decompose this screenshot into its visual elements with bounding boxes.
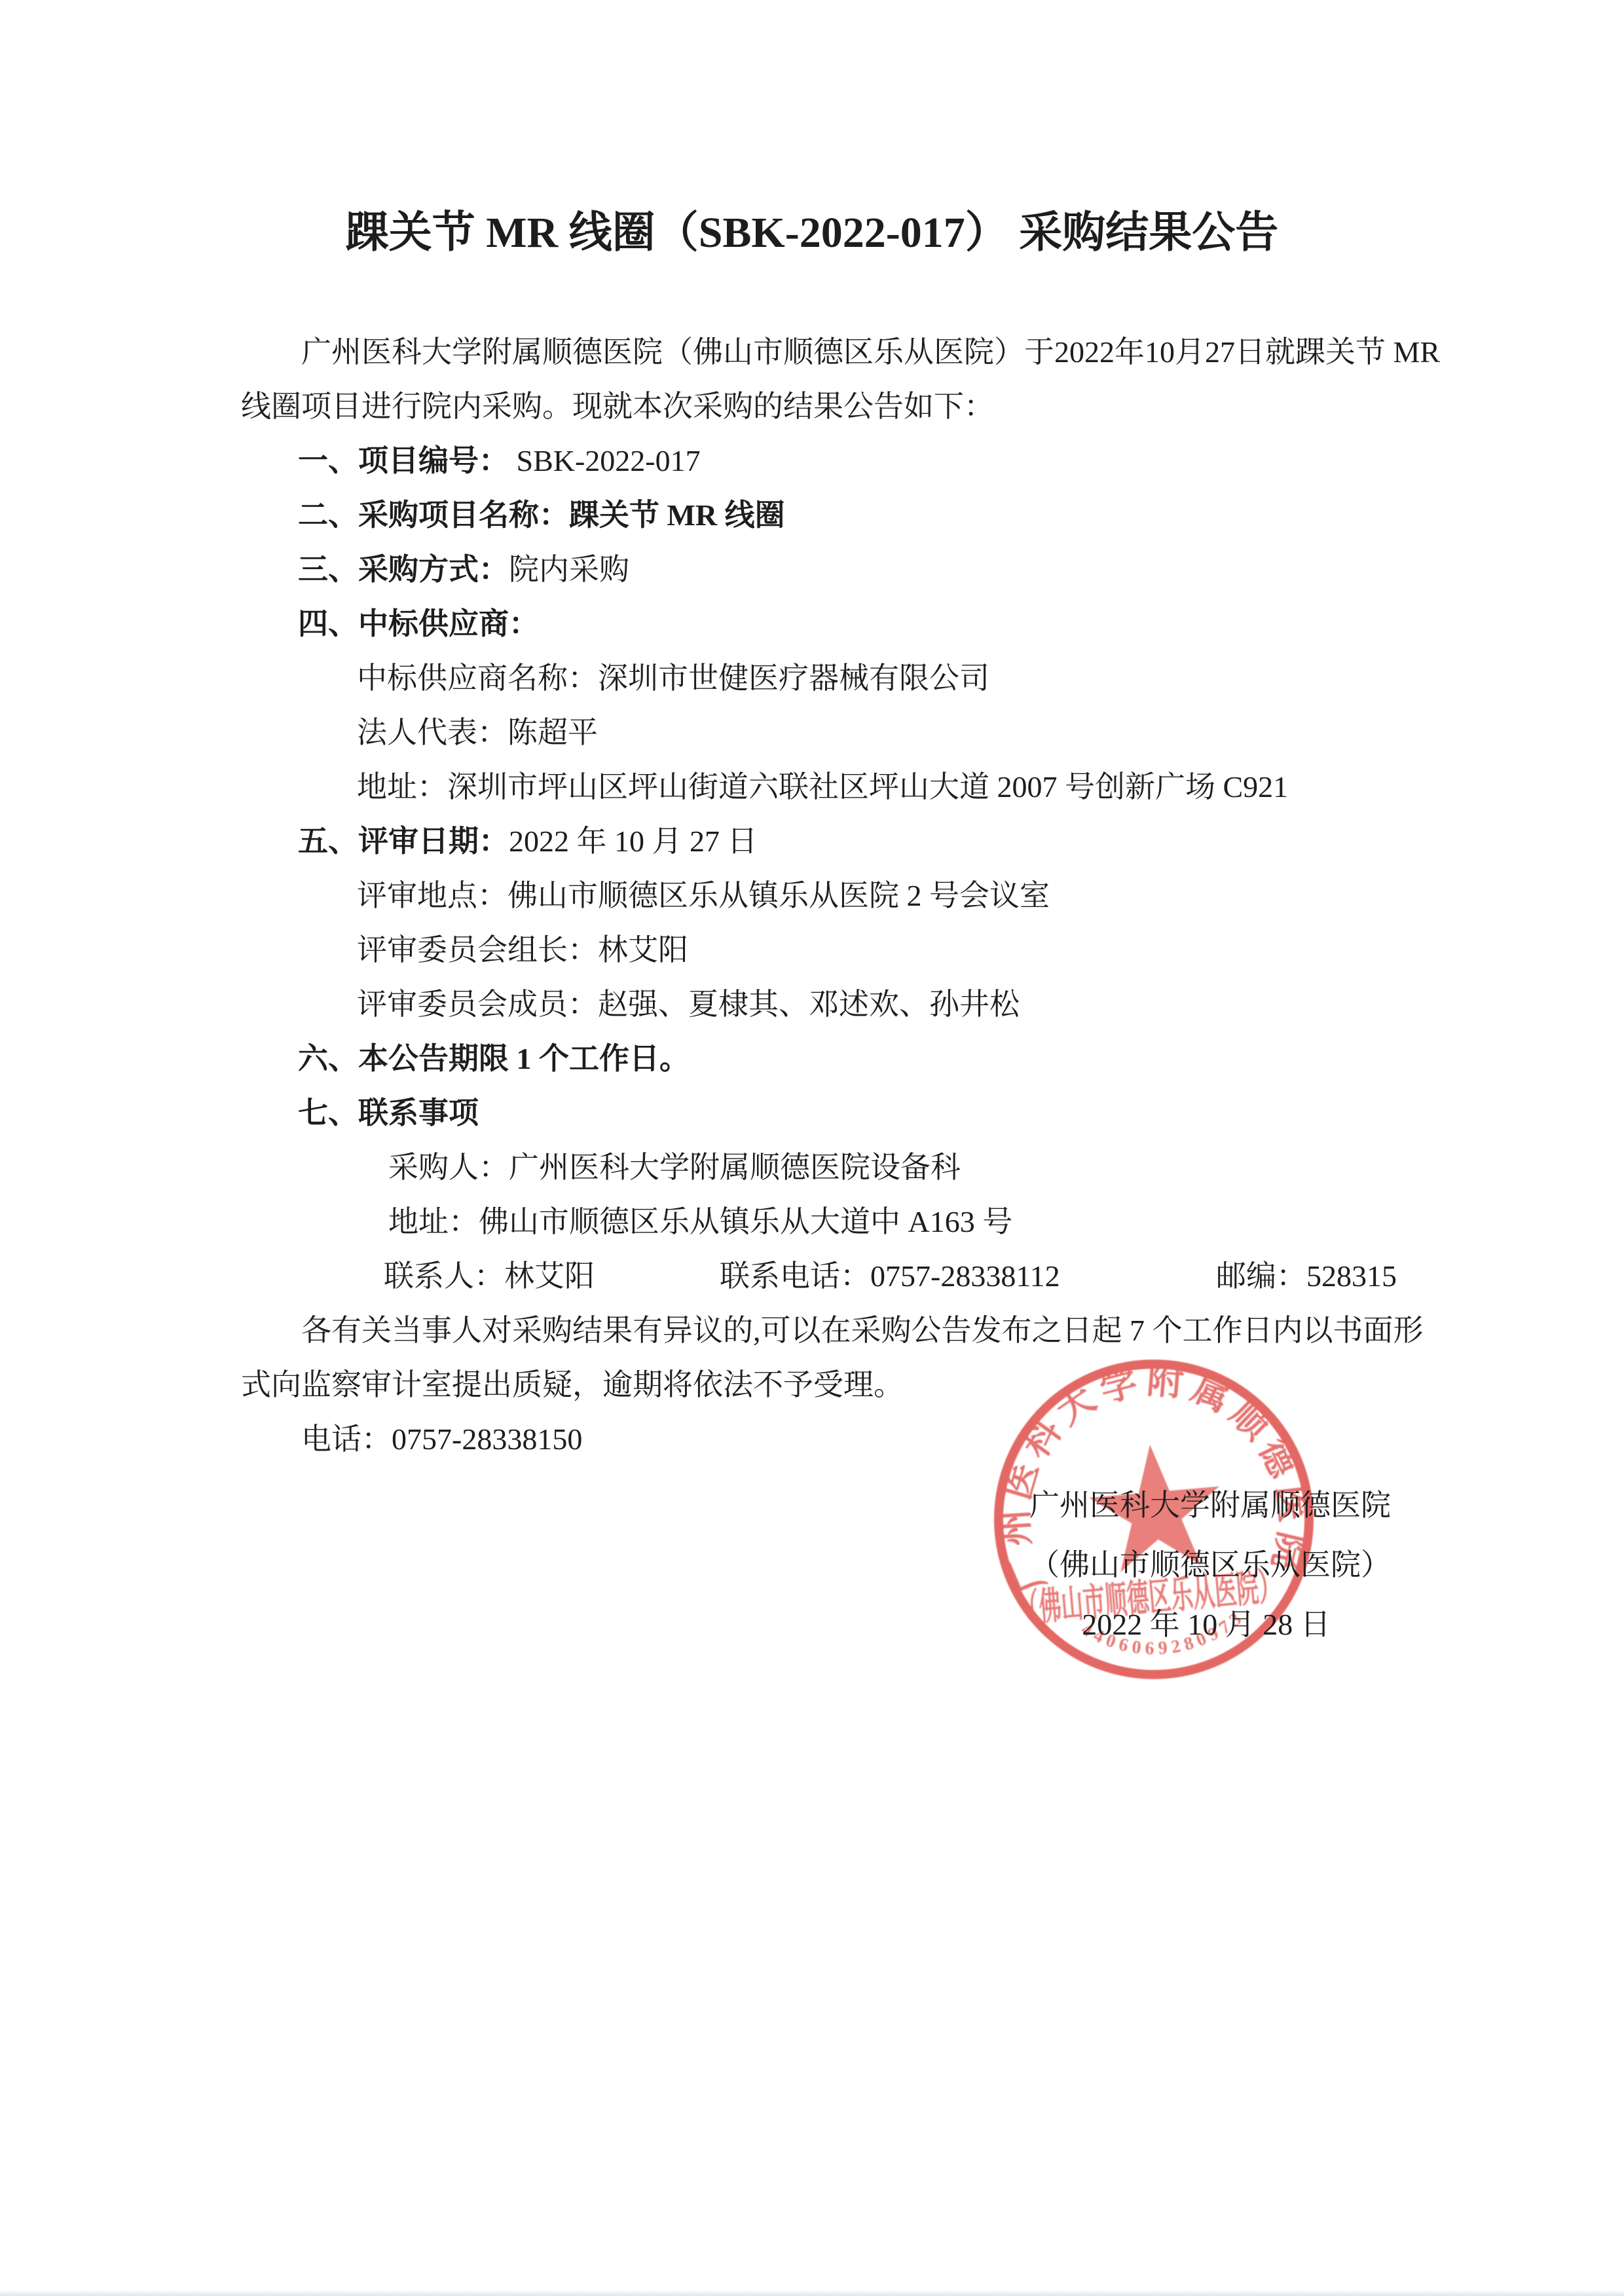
intro-line-1: 广州医科大学附属顺德医院（佛山市顺德区乐从医院）于2022年10月27日就踝关节… [241,325,1383,379]
item-2-label: 二、采购项目名称：踝关节 MR 线圈 [298,498,785,532]
item-5-label: 五、评审日期： [298,824,509,858]
signature-date: 2022 年 10 月 28 日 [1029,1595,1383,1654]
item-5-value: 2022 年 10 月 27 日 [509,824,758,858]
item-3-procurement-method: 三、采购方式：院内采购 [241,542,1383,597]
item-1-value: SBK-2022-017 [509,444,701,477]
item-4-label: 四、中标供应商： [298,607,539,640]
purchaser-line: 采购人：广州医科大学附属顺德医院设备科 [241,1140,1383,1194]
page-title: 踝关节 MR 线圈（SBK-2022-017） 采购结果公告 [241,0,1383,262]
item-2-project-name: 二、采购项目名称：踝关节 MR 线圈 [241,488,1383,542]
supervision-phone-line: 电话：0757-28338150 [241,1412,1383,1466]
purchaser-address-line: 地址：佛山市顺德区乐从镇乐从大道中 A163 号 [241,1194,1383,1249]
supplier-name-line: 中标供应商名称：深圳市世健医疗器械有限公司 [241,651,1383,705]
document-body: 踝关节 MR 线圈（SBK-2022-017） 采购结果公告 广州医科大学附属顺… [241,0,1383,1654]
item-6-announcement-period: 六、本公告期限 1 个工作日。 [241,1031,1383,1086]
postal-code: 邮编：528315 [1216,1249,1397,1303]
item-3-label: 三、采购方式： [298,553,509,586]
objection-line-1: 各有关当事人对采购结果有异议的,可以在采购公告发布之日起 7 个工作日内以书面形 [241,1303,1383,1358]
item-5-review-date: 五、评审日期：2022 年 10 月 27 日 [241,814,1383,868]
review-location-line: 评审地点：佛山市顺德区乐从镇乐从医院 2 号会议室 [241,868,1383,923]
contact-person: 联系人：林艾阳 [384,1249,595,1303]
item-7-text: 七、联系事项 [298,1096,479,1130]
item-4-winning-supplier: 四、中标供应商： [241,597,1383,651]
item-3-value: 院内采购 [509,553,629,586]
signature-hospital-alias: （佛山市顺德区乐从医院） [1029,1535,1383,1595]
item-1-project-number: 一、项目编号： SBK-2022-017 [241,434,1383,488]
item-1-label: 一、项目编号： [298,444,509,477]
signature-block: 广州医科大学附属顺德医院 （佛山市顺德区乐从医院） 2022 年 10 月 28… [1029,1475,1383,1654]
contact-phone: 联系电话：0757-28338112 [720,1249,1060,1303]
contact-row: 联系人：林艾阳 联系电话：0757-28338112 邮编：528315 [241,1249,1383,1303]
objection-line-2: 式向监察审计室提出质疑，逾期将依法不予受理。 [241,1358,1383,1412]
item-7-contact-matters: 七、联系事项 [241,1086,1383,1140]
document-page: 踝关节 MR 线圈（SBK-2022-017） 采购结果公告 广州医科大学附属顺… [0,0,1624,2296]
signature-hospital-name: 广州医科大学附属顺德医院 [1029,1475,1383,1535]
intro-line-2: 线圈项目进行院内采购。现就本次采购的结果公告如下： [241,379,1383,434]
legal-representative-line: 法人代表：陈超平 [241,705,1383,760]
supplier-address-line: 地址：深圳市坪山区坪山街道六联社区坪山大道 2007 号创新广场 C921 [241,760,1383,814]
intro-paragraph: 广州医科大学附属顺德医院（佛山市顺德区乐从医院）于2022年10月27日就踝关节… [241,325,1383,434]
scan-bottom-edge [0,2289,1624,2296]
review-committee-members-line: 评审委员会成员：赵强、夏棣其、邓述欢、孙井松 [241,977,1383,1031]
item-6-text: 六、本公告期限 1 个工作日。 [298,1042,690,1075]
review-committee-head-line: 评审委员会组长：林艾阳 [241,923,1383,977]
